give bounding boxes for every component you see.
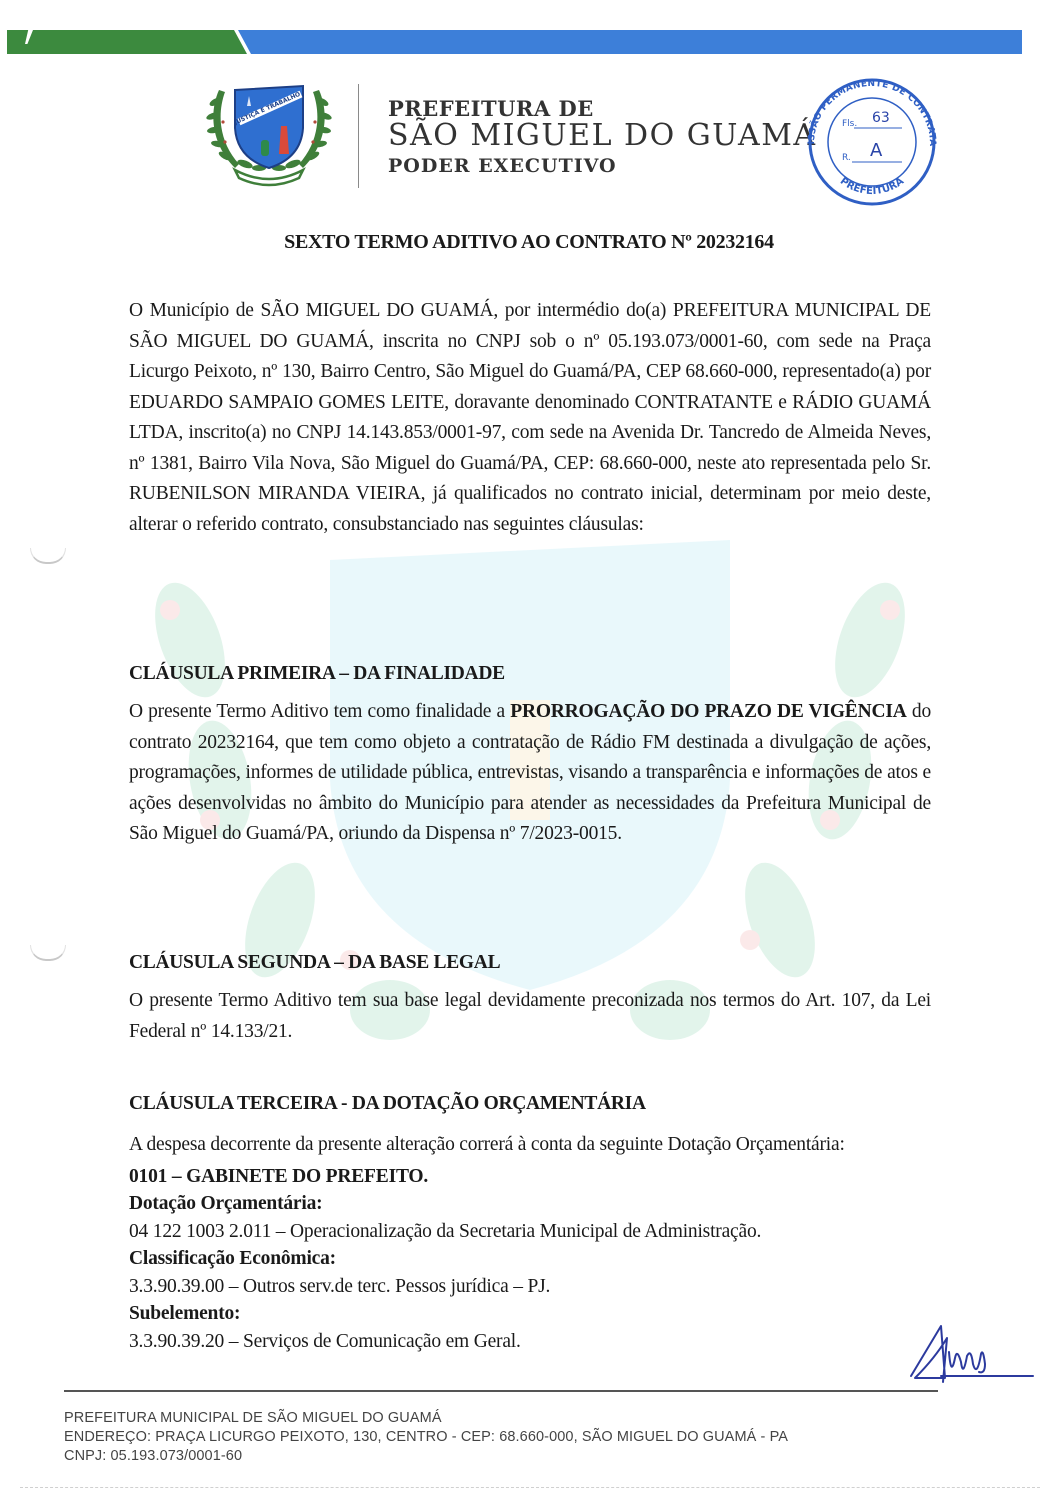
dotacao-label: Dotação Orçamentária: <box>129 1193 322 1215</box>
footer-cnpj: CNPJ: 05.193.073/0001-60 <box>64 1448 242 1464</box>
scan-edge-artifact <box>20 1487 1040 1489</box>
svg-text:PREFEITURA: PREFEITURA <box>838 176 906 197</box>
punch-hole <box>30 548 66 564</box>
subelemento-value: 3.3.90.39.20 – Serviços de Comunicação e… <box>129 1331 521 1353</box>
clause-3-heading: CLÁUSULA TERCEIRA - DA DOTAÇÃO ORÇAMENTÁ… <box>129 1093 646 1115</box>
signature-icon <box>905 1318 1045 1388</box>
footer-rule <box>64 1390 938 1392</box>
svg-text:A: A <box>870 140 883 161</box>
clause-1-text: O presente Termo Aditivo tem como finali… <box>129 697 931 850</box>
dotacao-value: 04 122 1003 2.011 – Operacionalização da… <box>129 1221 761 1243</box>
clause-3-text: A despesa decorrente da presente alteraç… <box>129 1134 845 1156</box>
clause-1-highlight: PRORROGAÇÃO DO PRAZO DE VIGÊNCIA <box>510 701 906 722</box>
classificacao-value: 3.3.90.39.00 – Outros serv.de terc. Pess… <box>129 1276 550 1298</box>
municipal-crest-icon: JUSTIÇA E TRABALHO <box>205 82 333 188</box>
classificacao-label: Classificação Econômica: <box>129 1248 336 1270</box>
clause-1-text-after: do contrato 20232164, que tem como objet… <box>129 701 931 844</box>
header-municipality-name: SÃO MIGUEL DO GUAMÁ <box>388 118 817 153</box>
header-divider <box>358 84 359 188</box>
budget-unit: 0101 – GABINETE DO PREFEITO. <box>129 1166 428 1188</box>
subelemento-label: Subelemento: <box>129 1303 240 1325</box>
clause-1-heading: CLÁUSULA PRIMEIRA – DA FINALIDADE <box>129 663 505 685</box>
header-poder-executivo: PODER EXECUTIVO <box>388 155 617 177</box>
banner-green-stripe <box>7 30 247 54</box>
footer-address: ENDEREÇO: PRAÇA LICURGO PEIXOTO, 130, CE… <box>64 1429 788 1445</box>
document-title: SEXTO TERMO ADITIVO AO CONTRATO Nº 20232… <box>0 231 1058 254</box>
header-banner <box>7 30 1022 54</box>
clause-1-text-before: O presente Termo Aditivo tem como finali… <box>129 701 510 722</box>
punch-hole <box>30 945 66 961</box>
commission-stamp-icon: COMISSÃO PERMANENTE DE CONTRATAÇÃO PREFE… <box>792 76 952 206</box>
svg-text:63: 63 <box>872 110 890 126</box>
clause-2-heading: CLÁUSULA SEGUNDA – DA BASE LEGAL <box>129 952 500 974</box>
intro-paragraph: O Município de SÃO MIGUEL DO GUAMÁ, por … <box>129 296 931 540</box>
svg-text:R.: R. <box>842 153 851 163</box>
clause-2-text: O presente Termo Aditivo tem sua base le… <box>129 986 931 1047</box>
footer-org-name: PREFEITURA MUNICIPAL DE SÃO MIGUEL DO GU… <box>64 1410 442 1426</box>
